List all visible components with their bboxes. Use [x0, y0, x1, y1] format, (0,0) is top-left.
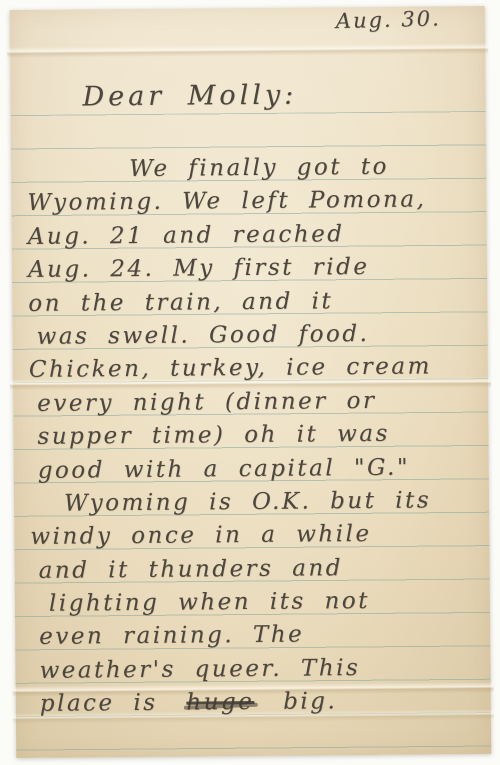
letter-line: good with a capital "G.": [38, 450, 485, 487]
letter-line: Aug. 24. My first ride: [28, 250, 483, 287]
letter-line: weather's queer. This: [39, 651, 486, 688]
letter-line: on the train, and it: [28, 284, 483, 321]
letter-line: and it thunders and: [38, 551, 485, 588]
letter-salutation: Dear Molly:: [82, 80, 297, 113]
last-line-pre: place is: [40, 690, 158, 717]
letter-line: supper time) oh it was: [37, 417, 484, 454]
letter-body: We finally got to Wyoming. We left Pomon…: [27, 150, 487, 722]
last-line-post: big.: [283, 689, 337, 715]
struck-word: huge: [186, 689, 254, 716]
letter-line: was swell. Good food.: [36, 317, 483, 354]
letter-paper: Aug. 30. Dear Molly: We finally got to W…: [10, 6, 492, 758]
letter-line: even raining. The: [39, 617, 486, 654]
fold-crease-top: [7, 43, 488, 58]
letter-line: Wyoming is O.K. but its: [64, 484, 485, 521]
letter-line: We finally got to: [129, 150, 482, 186]
letter-date: Aug. 30.: [336, 6, 441, 33]
letter-line: Aug. 21 and reached: [28, 217, 483, 254]
letter-line: Chicken, turkey, ice cream: [29, 350, 484, 387]
letter-line: every night (dinner or: [37, 384, 484, 421]
letter-line: windy once in a while: [30, 517, 485, 554]
letter-line: Wyoming. We left Pomona,: [27, 183, 482, 220]
photo-background: { "letter": { "date": "Aug. 30.", "salut…: [0, 0, 500, 765]
letter-line: lighting when its not: [49, 584, 486, 621]
letter-last-line: place is huge big.: [40, 684, 487, 721]
